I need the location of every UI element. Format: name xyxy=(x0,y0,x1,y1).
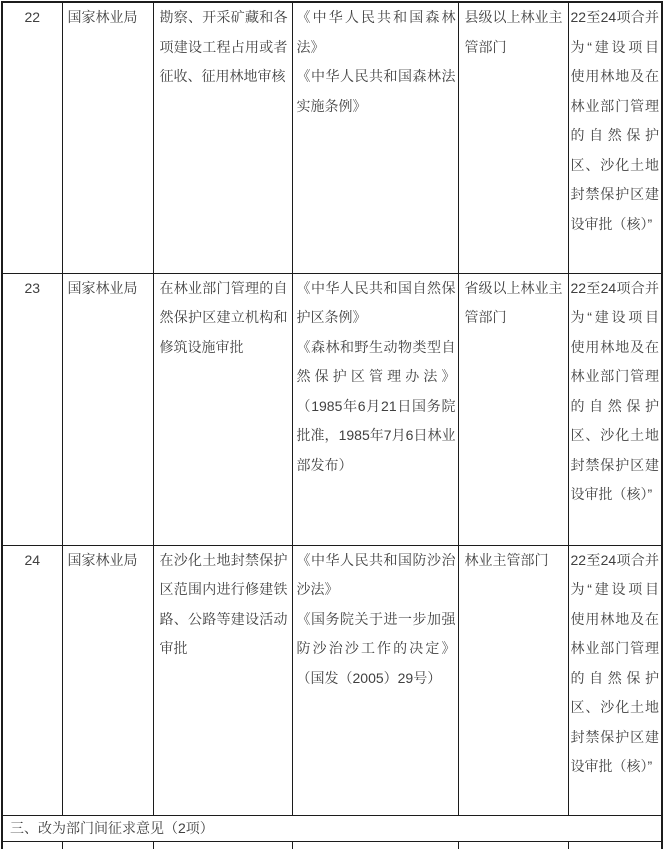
row-number: 24 xyxy=(24,552,40,568)
row-number-cell: 24 xyxy=(2,545,62,815)
department-cell: 国家林业局 xyxy=(62,2,153,273)
legal-basis-paragraph: 《中华人民共和国森林法》 xyxy=(297,3,456,62)
row-number-cell: 23 xyxy=(2,273,62,545)
legal-basis-cell: 《中华人民共和国防沙治沙法》 《国务院关于进一步加强防沙治沙工作的决定》（国发（… xyxy=(292,545,458,815)
row-number-cell: 22 xyxy=(2,2,62,273)
empty-cell xyxy=(2,841,62,849)
section-header-text: 三、改为部门间征求意见（2项） xyxy=(10,820,214,836)
department-name: 国家林业局 xyxy=(68,552,138,568)
legal-basis-paragraph: 《森林和野生动物类型自然保护区管理办法》（1985年6月21日国务院批准，198… xyxy=(297,333,456,481)
note-cell: 22至24项合并为“建设项目使用林地及在林业部门管理的自然保护区、沙化土地封禁保… xyxy=(568,273,662,545)
authority-text: 省级以上林业主管部门 xyxy=(465,280,563,326)
approval-item-cell: 在林业部门管理的自然保护区建立机构和修筑设施审批 xyxy=(153,273,292,545)
empty-cell xyxy=(568,841,662,849)
legal-basis-paragraph: 《中华人民共和国自然保护区条例》 xyxy=(297,274,456,333)
partial-next-row xyxy=(2,841,662,849)
department-name: 国家林业局 xyxy=(68,9,138,25)
table-row: 22 国家林业局 勘察、开采矿藏和各项建设工程占用或者征收、征用林地审核 《中华… xyxy=(2,2,662,273)
table-row: 23 国家林业局 在林业部门管理的自然保护区建立机构和修筑设施审批 《中华人民共… xyxy=(2,273,662,545)
authority-cell: 林业主管部门 xyxy=(458,545,568,815)
legal-basis-cell: 《中华人民共和国森林法》 《中华人民共和国森林法实施条例》 xyxy=(292,2,458,273)
authority-cell: 县级以上林业主管部门 xyxy=(458,2,568,273)
authority-text: 林业主管部门 xyxy=(465,552,549,568)
approval-item-text: 在林业部门管理的自然保护区建立机构和修筑设施审批 xyxy=(160,280,288,355)
authority-cell: 省级以上林业主管部门 xyxy=(458,273,568,545)
department-cell: 国家林业局 xyxy=(62,273,153,545)
empty-cell xyxy=(62,841,153,849)
authority-text: 县级以上林业主管部门 xyxy=(465,9,563,55)
legal-basis-paragraph: 《中华人民共和国森林法实施条例》 xyxy=(297,62,456,121)
empty-cell xyxy=(292,841,458,849)
approval-item-cell: 在沙化土地封禁保护区范围内进行修建铁路、公路等建设活动审批 xyxy=(153,545,292,815)
legal-basis-cell: 《中华人民共和国自然保护区条例》 《森林和野生动物类型自然保护区管理办法》（19… xyxy=(292,273,458,545)
department-cell: 国家林业局 xyxy=(62,545,153,815)
legal-basis-paragraph: 《国务院关于进一步加强防沙治沙工作的决定》（国发（2005）29号） xyxy=(297,605,456,694)
approval-items-table: 22 国家林业局 勘察、开采矿藏和各项建设工程占用或者征收、征用林地审核 《中华… xyxy=(1,1,663,849)
note-text: 22至24项合并为“建设项目使用林地及在林业部门管理的自然保护区、沙化土地封禁保… xyxy=(571,280,660,503)
approval-item-text: 勘察、开采矿藏和各项建设工程占用或者征收、征用林地审核 xyxy=(160,9,288,84)
note-cell: 22至24项合并为“建设项目使用林地及在林业部门管理的自然保护区、沙化土地封禁保… xyxy=(568,2,662,273)
empty-cell xyxy=(458,841,568,849)
note-cell: 22至24项合并为“建设项目使用林地及在林业部门管理的自然保护区、沙化土地封禁保… xyxy=(568,545,662,815)
legal-basis-paragraph: 《中华人民共和国防沙治沙法》 xyxy=(297,546,456,605)
empty-cell xyxy=(153,841,292,849)
document-page: 22 国家林业局 勘察、开采矿藏和各项建设工程占用或者征收、征用林地审核 《中华… xyxy=(0,0,664,849)
row-number: 23 xyxy=(24,280,40,296)
approval-item-text: 在沙化土地封禁保护区范围内进行修建铁路、公路等建设活动审批 xyxy=(160,552,288,657)
department-name: 国家林业局 xyxy=(68,280,138,296)
section-header-cell: 三、改为部门间征求意见（2项） xyxy=(2,815,662,841)
table-row: 24 国家林业局 在沙化土地封禁保护区范围内进行修建铁路、公路等建设活动审批 《… xyxy=(2,545,662,815)
approval-item-cell: 勘察、开采矿藏和各项建设工程占用或者征收、征用林地审核 xyxy=(153,2,292,273)
row-number: 22 xyxy=(24,9,40,25)
section-header-row: 三、改为部门间征求意见（2项） xyxy=(2,815,662,841)
note-text: 22至24项合并为“建设项目使用林地及在林业部门管理的自然保护区、沙化土地封禁保… xyxy=(571,9,660,232)
note-text: 22至24项合并为“建设项目使用林地及在林业部门管理的自然保护区、沙化土地封禁保… xyxy=(571,552,660,775)
